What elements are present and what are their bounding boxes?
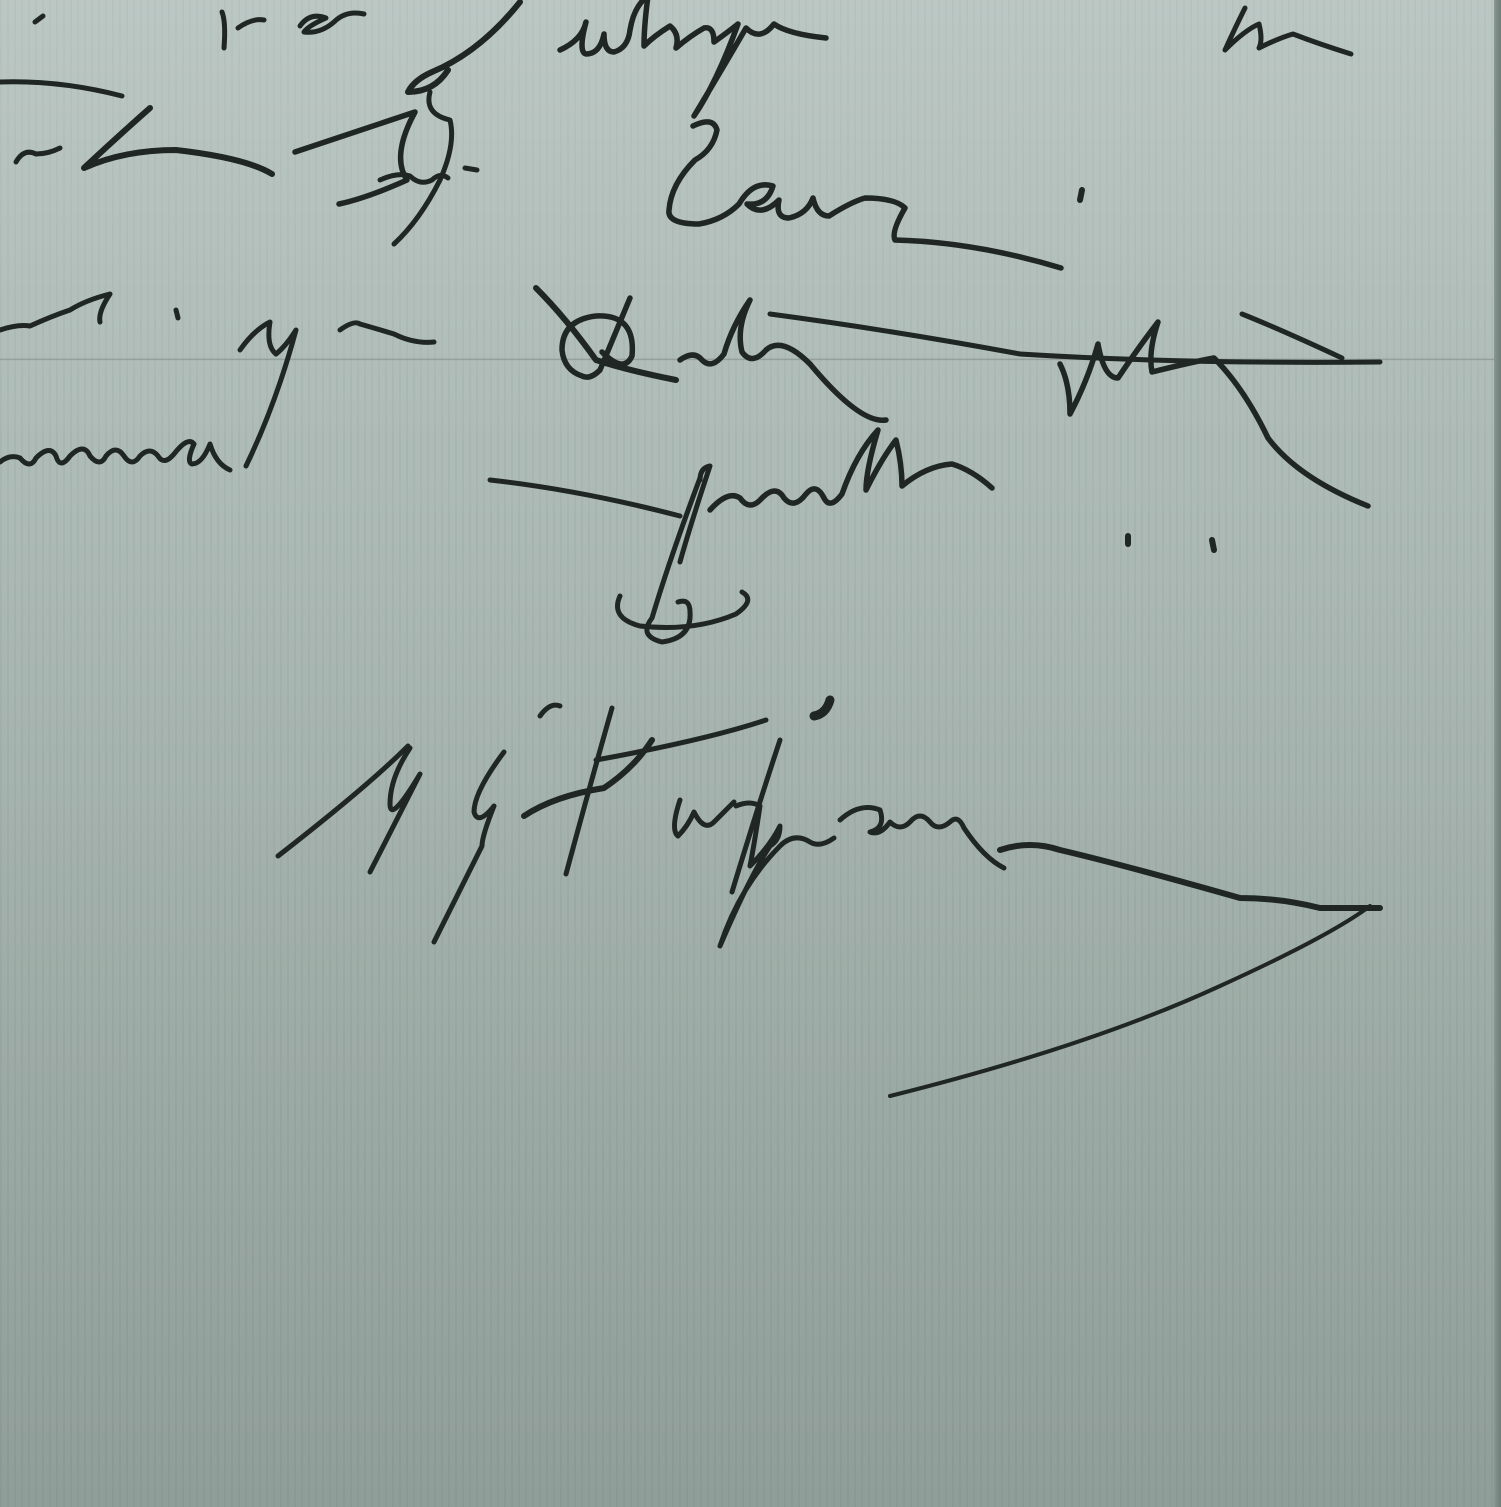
signature-ink bbox=[278, 700, 1380, 1096]
handwriting-line-4 bbox=[0, 430, 1214, 642]
letter-page: ... vous embrasse de tout bon cœur. ... … bbox=[0, 0, 1501, 1507]
handwriting-line-2 bbox=[0, 82, 1082, 268]
handwriting-line-1 bbox=[35, 0, 1351, 244]
handwriting-line-3 bbox=[0, 288, 1380, 506]
handwriting-ink bbox=[0, 0, 1501, 1507]
